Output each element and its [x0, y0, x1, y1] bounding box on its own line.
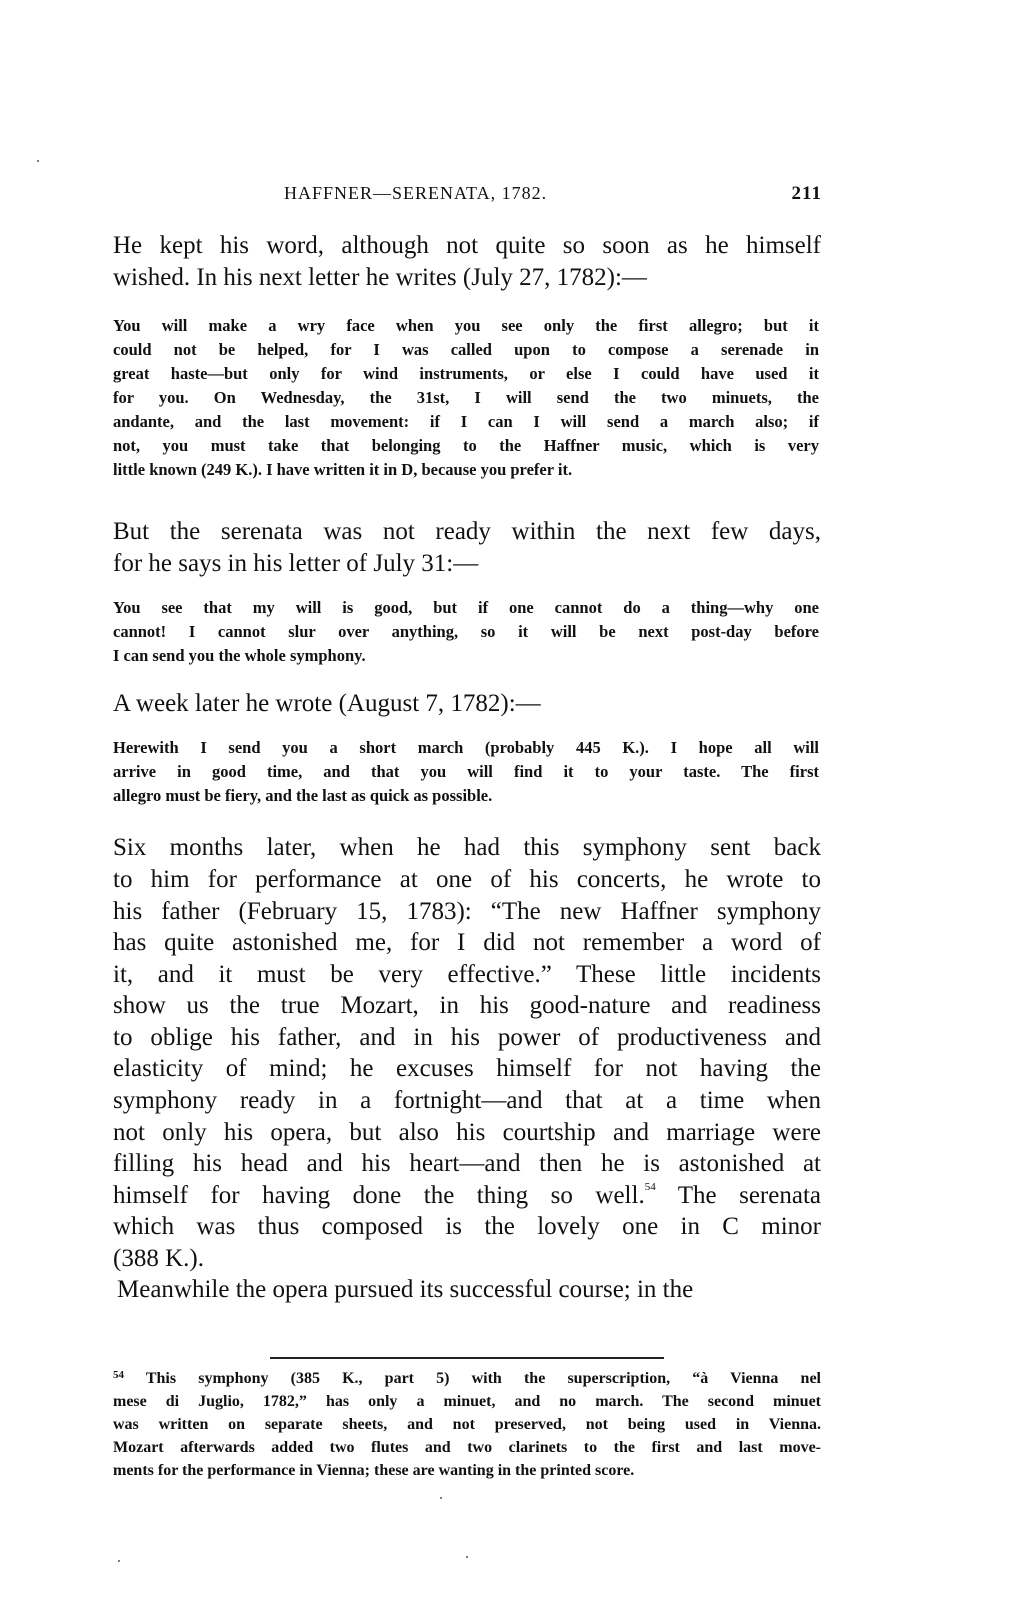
- body-line: his father (February 15, 1783): “The new…: [113, 898, 821, 926]
- body-line: to him for performance at one of his con…: [113, 866, 821, 894]
- page-header: HAFFNER—SERENATA, 1782. 211: [112, 183, 822, 207]
- footnote-line: mese di Juglio, 1782,” has only a minuet…: [113, 1393, 821, 1411]
- body-line: show us the true Mozart, in his good-nat…: [113, 992, 821, 1020]
- quote-line: could not be helped, for I was called up…: [113, 340, 819, 360]
- body-line: (388 K.).: [113, 1245, 821, 1273]
- scan-speck: [440, 1497, 442, 1499]
- body-line: Meanwhile the opera pursued its successf…: [113, 1276, 825, 1304]
- body-line: But the serenata was not ready within th…: [113, 518, 821, 546]
- body-line: wished. In his next letter he writes (Ju…: [113, 264, 821, 292]
- quote-line: You will make a wry face when you see on…: [113, 316, 819, 336]
- book-page: HAFFNER—SERENATA, 1782. 211 He kept his …: [0, 0, 1034, 1600]
- quote-line: allegro must be fiery, and the last as q…: [113, 786, 819, 806]
- page-number: 211: [792, 183, 822, 205]
- text-span: This symphony (385 K., part 5) with the …: [124, 1370, 821, 1387]
- quote-line: andante, and the last movement: if I can…: [113, 412, 819, 432]
- running-head: HAFFNER—SERENATA, 1782.: [284, 183, 547, 204]
- footnote-reference[interactable]: 54: [645, 1181, 656, 1193]
- body-line: elasticity of mind; he excuses himself f…: [113, 1055, 821, 1083]
- footnote-marker: 54: [113, 1369, 124, 1381]
- quote-line: cannot! I cannot slur over anything, so …: [113, 622, 819, 642]
- footnote-line: was written on separate sheets, and not …: [113, 1416, 821, 1434]
- footnote-line: Mozart afterwards added two flutes and t…: [113, 1439, 821, 1457]
- footnote-line: ments for the performance in Vienna; the…: [113, 1462, 821, 1480]
- quote-line: not, you must take that belonging to the…: [113, 436, 819, 456]
- body-line: to oblige his father, and in his power o…: [113, 1024, 821, 1052]
- quote-line: for you. On Wednesday, the 31st, I will …: [113, 388, 819, 408]
- scan-speck: [466, 1556, 468, 1558]
- body-line: has quite astonished me, for I did not r…: [113, 929, 821, 957]
- text-span: himself for having done the thing so wel…: [113, 1182, 645, 1209]
- body-line: A week later he wrote (August 7, 1782):—: [113, 690, 821, 718]
- footnote-line: 54 This symphony (385 K., part 5) with t…: [113, 1370, 821, 1388]
- quote-line: great haste—but only for wind instrument…: [113, 364, 819, 384]
- body-line: not only his opera, but also his courtsh…: [113, 1119, 821, 1147]
- body-line: filling his head and his heart—and then …: [113, 1150, 821, 1178]
- body-line-with-footnote-ref: himself for having done the thing so wel…: [113, 1182, 821, 1210]
- body-line: for he says in his letter of July 31:—: [113, 550, 821, 578]
- body-line: symphony ready in a fortnight—and that a…: [113, 1087, 821, 1115]
- scan-speck: [37, 160, 39, 162]
- quote-line: Herewith I send you a short march (proba…: [113, 738, 819, 758]
- text-span: The serenata: [656, 1182, 821, 1209]
- scan-speck: [118, 1560, 120, 1562]
- footnote-divider: [270, 1357, 664, 1359]
- quote-line: little known (249 K.). I have written it…: [113, 460, 819, 480]
- quote-line: You see that my will is good, but if one…: [113, 598, 819, 618]
- quote-line: I can send you the whole symphony.: [113, 646, 819, 666]
- body-line: it, and it must be very effective.” Thes…: [113, 961, 821, 989]
- body-line: which was thus composed is the lovely on…: [113, 1213, 821, 1241]
- body-line: Six months later, when he had this symph…: [113, 834, 821, 862]
- body-line: He kept his word, although not quite so …: [113, 232, 821, 260]
- quote-line: arrive in good time, and that you will f…: [113, 762, 819, 782]
